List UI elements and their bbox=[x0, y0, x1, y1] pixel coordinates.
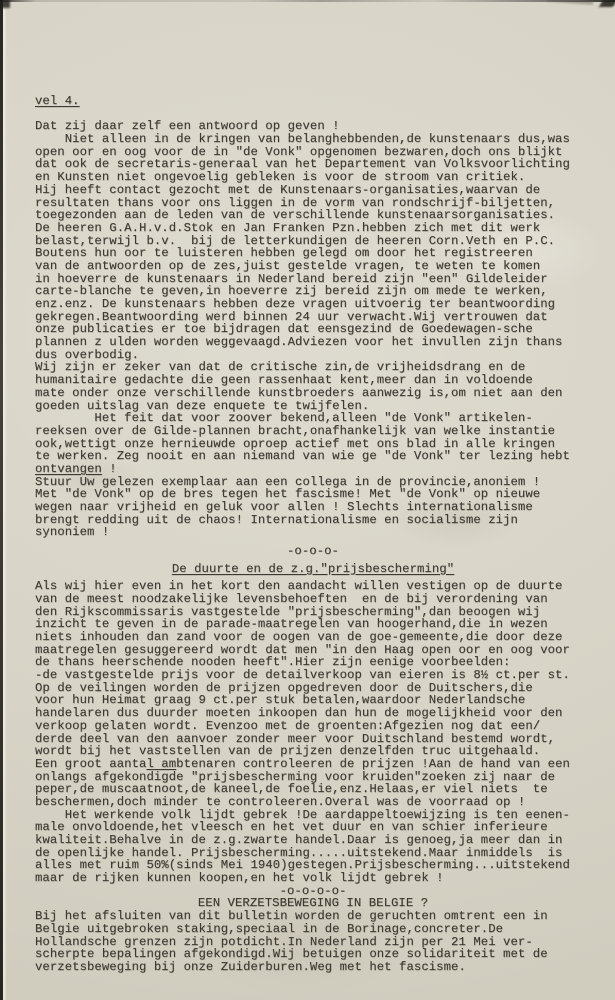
text-line: handelaren dus duurder moeten inkoopen d… bbox=[35, 707, 591, 720]
text-line: te werken. Zeg nooit en aan niemand van … bbox=[35, 450, 591, 463]
text-line: niets inhouden dan zand voor de oogen va… bbox=[35, 631, 591, 644]
corner-smudge-top-left bbox=[0, 0, 10, 8]
text-line: toegezonden aan de leden van de verschil… bbox=[35, 209, 591, 222]
text-line: beschermen,doch minder te controleeren.O… bbox=[35, 796, 591, 809]
text-line: reeksen over de Gilde-plannen bracht,ona… bbox=[35, 425, 591, 438]
text-line: De heeren G.A.H.v.d.Stok en Jan Franken … bbox=[35, 222, 591, 235]
smudge-top-right-streak bbox=[547, 0, 593, 5]
section-divider: -o-o-o- bbox=[35, 545, 591, 558]
page-left-edge-highlight bbox=[3, 0, 7, 1000]
text-line: humanitaire gedachte die geen rassenhaat… bbox=[35, 374, 591, 387]
document-page: vel 4.Dat zij daar zelf een antwoord op … bbox=[0, 0, 615, 1000]
section-heading-duurte: De duurte en de z.g."prijsbescherming" bbox=[35, 563, 591, 576]
sheet-label: vel 4. bbox=[35, 95, 591, 108]
text-line: synoniem ! bbox=[35, 526, 591, 539]
text-line: van de antwoorden op de zes,juist gestel… bbox=[35, 260, 591, 273]
text-line: en Kunsten niet ongevoelig gebleken is v… bbox=[35, 171, 591, 184]
text-line: van de meest noodzakelijke levensbehoeft… bbox=[35, 593, 591, 606]
text-line: -de vastgestelde prijs voor de detailver… bbox=[35, 669, 591, 682]
text-line: kwaliteit.Behalve in de z.g.zwarte hande… bbox=[35, 834, 591, 847]
text-line: wegen naar vrijheid en geluk voor allen … bbox=[35, 501, 591, 514]
text-line: Het feit dat voor zoover bekend,alleen "… bbox=[35, 412, 591, 425]
text-line: verzetsbeweging bij onze Zuiderburen.Weg… bbox=[35, 961, 591, 974]
text-line: Bij het afsluiten van dit bulletin worde… bbox=[35, 910, 591, 923]
text-line: mate onder onze verschillende kunstbroed… bbox=[35, 387, 591, 400]
text-line: Belgie uitgebroken staking,speciaal in d… bbox=[35, 923, 591, 936]
text-body: vel 4.Dat zij daar zelf een antwoord op … bbox=[35, 95, 591, 974]
text-line: ontvangen ! bbox=[35, 463, 591, 476]
text-line: brengt redding uit de chaos! Internation… bbox=[35, 514, 591, 527]
page-top-edge-shadow bbox=[0, 0, 615, 2]
corner-smudge-top-right bbox=[599, 0, 615, 7]
text-line: Een groot aantal ambtenaren controleeren… bbox=[35, 758, 591, 771]
text-line: enz.enz. De kunstenaars hebben deze vrag… bbox=[35, 298, 591, 311]
text-line: maar de rijken kunnen koopen,en het volk… bbox=[35, 872, 591, 885]
text-line: verkoop gelaten wordt. Evenzoo met de gr… bbox=[35, 720, 591, 733]
text-line: Niet alleen in de kringen van belanghebb… bbox=[35, 133, 591, 146]
text-line: Hij heeft contact gezocht met de Kunsten… bbox=[35, 184, 591, 197]
text-line: plannen z ulden worden weggevaagd.Adviez… bbox=[35, 336, 591, 349]
